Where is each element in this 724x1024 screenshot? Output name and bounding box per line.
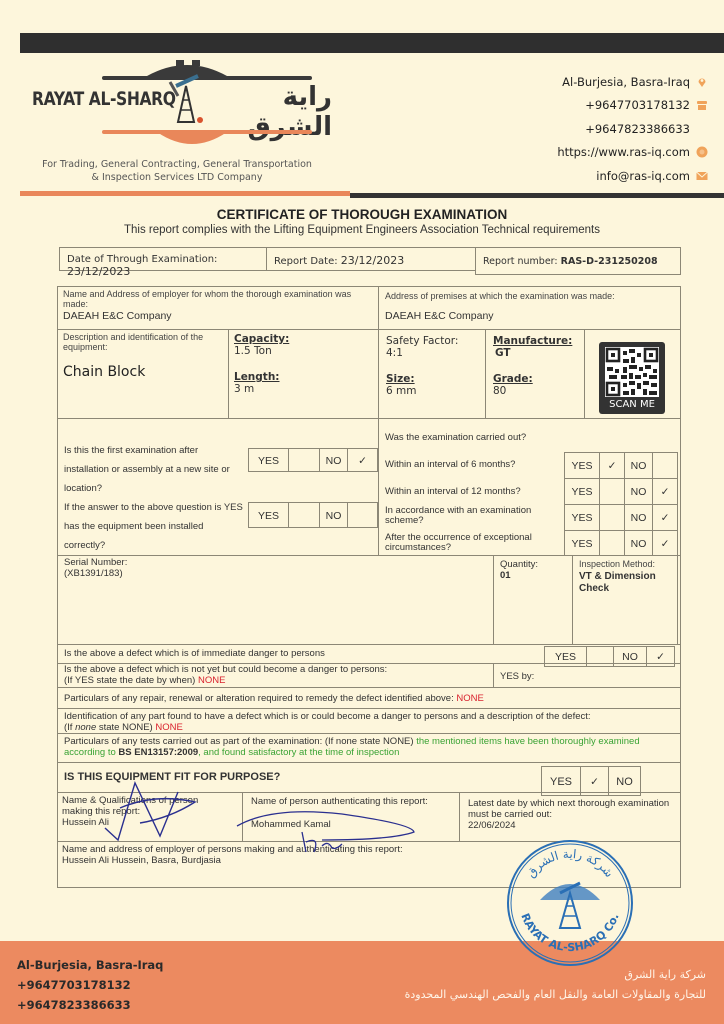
contact-address-text: Al-Burjesia, Basra-Iraq xyxy=(562,75,690,89)
report-maker-cell: Name & Qualifications of person making t… xyxy=(57,792,243,842)
contact-address: Al-Burjesia, Basra-Iraq xyxy=(557,70,708,94)
q6m-yes-box[interactable]: YES xyxy=(564,452,600,479)
oil-derrick-icon xyxy=(166,72,206,130)
contact-phone-2[interactable]: +9647823386633 xyxy=(557,117,708,141)
serial-number-value: (XB1391/183) xyxy=(64,568,487,579)
contact-phone-1-text[interactable]: +9647703178132 xyxy=(585,98,690,112)
equipment-description-value: Chain Block xyxy=(63,364,223,380)
logo-line-dark xyxy=(102,76,312,80)
q2-yes-box[interactable]: YES xyxy=(248,502,289,528)
employer-cell: Name and Address of employer for whom th… xyxy=(57,286,379,330)
contact-website[interactable]: https://www.ras-iq.com xyxy=(557,141,708,165)
next-exam-label: Latest date by which next thorough exami… xyxy=(468,798,672,820)
authenticator-name: Mohammed Kamal xyxy=(251,819,451,830)
q1-yes-box[interactable]: YES xyxy=(248,448,289,472)
future-danger-cell: Is the above a defect which is not yet b… xyxy=(57,663,494,688)
exam-date-cell: Date of Through Examination: 23/12/2023 xyxy=(59,247,267,271)
question-12-months: Within an interval of 12 months? xyxy=(385,486,521,497)
tests-value-2: , and found satisfactory at the time of … xyxy=(198,747,399,758)
tests-label: Particulars of any tests carried out as … xyxy=(64,736,414,747)
question-installed-correctly: If the answer to the above question is Y… xyxy=(64,498,244,555)
certificate-title: CERTIFICATE OF THOROUGH EXAMINATION xyxy=(0,207,724,222)
contact-block: Al-Burjesia, Basra-Iraq +9647703178132 +… xyxy=(557,70,708,188)
report-date-label: Report Date: xyxy=(274,256,338,267)
footer-address: Al-Burjesia, Basra-Iraq xyxy=(17,955,163,975)
size-label: Size: xyxy=(386,373,478,385)
footer-contacts: Al-Burjesia, Basra-Iraq +9647703178132 +… xyxy=(17,955,163,1015)
grade-label: Grade: xyxy=(493,373,577,385)
globe-icon xyxy=(696,146,708,158)
q1-yes-check[interactable] xyxy=(288,448,320,472)
yes-by-label: YES by: xyxy=(500,671,534,682)
qr-caption: SCAN ME xyxy=(599,399,665,410)
serial-number-label: Serial Number: xyxy=(64,557,487,568)
report-number-cell: Report number: RAS-D-231250208 xyxy=(475,247,681,275)
report-number-value: RAS-D-231250208 xyxy=(561,256,658,267)
capacity-value: 1.5 Ton xyxy=(234,345,373,357)
scheme-yes-check[interactable] xyxy=(599,504,625,531)
q12m-no-box[interactable]: NO xyxy=(624,478,653,505)
future-danger-label: Is the above a defect which is not yet b… xyxy=(64,664,487,675)
tagline-line-2: & Inspection Services LTD Company xyxy=(32,171,322,184)
tagline-line-1: For Trading, General Contracting, Genera… xyxy=(32,158,322,171)
q1-no-box[interactable]: NO xyxy=(319,448,348,472)
authenticator-cell: Name of person authenticating this repor… xyxy=(242,792,460,842)
capacity-label: Capacity: xyxy=(234,333,373,345)
future-danger-value: NONE xyxy=(198,675,225,686)
exam-date-label: Date of Through Examination: xyxy=(67,254,217,265)
spacer xyxy=(696,123,708,135)
exceptional-no-box[interactable]: NO xyxy=(624,530,653,556)
company-stamp: شركة راية الشرق RAYAT AL-SHARQ Co. xyxy=(505,838,635,968)
qr-code-icon xyxy=(605,347,659,397)
quantity-value: 01 xyxy=(500,570,566,581)
quantity-label: Quantity: xyxy=(500,559,566,570)
footer-phone-1[interactable]: +9647703178132 xyxy=(17,975,163,995)
footer-phone-2[interactable]: +9647823386633 xyxy=(17,995,163,1015)
q2-yes-check[interactable] xyxy=(288,502,320,528)
safety-factor-value: 4:1 xyxy=(386,347,478,359)
question-exceptional-circumstances: After the occurrence of exceptional circ… xyxy=(385,533,555,553)
contact-phone-1[interactable]: +9647703178132 xyxy=(557,94,708,118)
premises-cell: Address of premises at which the examina… xyxy=(378,286,681,330)
q2-no-box[interactable]: NO xyxy=(319,502,348,528)
authenticator-label: Name of person authenticating this repor… xyxy=(251,796,451,807)
report-maker-name: Hussein Ali xyxy=(62,817,238,828)
contact-email-link[interactable]: info@ras-iq.com xyxy=(596,169,690,183)
q6m-no-box[interactable]: NO xyxy=(624,452,653,479)
exceptional-no-check[interactable]: ✓ xyxy=(652,530,678,556)
report-number-label: Report number: xyxy=(483,256,558,267)
exam-date-value: 23/12/2023 xyxy=(67,265,130,278)
question-first-examination: Is this the first examination after inst… xyxy=(64,441,244,498)
examination-carried-out-heading: Was the examination carried out? xyxy=(385,432,526,443)
exceptional-yes-check[interactable] xyxy=(599,530,625,556)
contact-email[interactable]: info@ras-iq.com xyxy=(557,164,708,188)
q12m-no-check[interactable]: ✓ xyxy=(652,478,678,505)
q6m-yes-check[interactable]: ✓ xyxy=(599,452,625,479)
scheme-no-box[interactable]: NO xyxy=(624,504,653,531)
ident-sub-italic: none xyxy=(75,722,96,733)
safety-factor-label: Safety Factor: xyxy=(386,335,478,347)
equipment-description-cell: Description and identification of the eq… xyxy=(57,329,229,419)
q1-no-check[interactable]: ✓ xyxy=(347,448,378,472)
capacity-length-cell: Capacity: 1.5 Ton Length: 3 m xyxy=(228,329,379,419)
inspection-method-label: Inspection Method: xyxy=(579,559,671,569)
repair-row: Particulars of any repair, renewal or al… xyxy=(57,687,681,709)
yes-by-cell: YES by: xyxy=(493,663,681,688)
ident-sub-pre: (If xyxy=(64,722,75,733)
question-examination-scheme: In accordance with an examination scheme… xyxy=(385,506,555,526)
size-value: 6 mm xyxy=(386,385,478,397)
manufacture-label: Manufacture: xyxy=(493,335,577,347)
header-divider-dark xyxy=(350,193,724,198)
inspection-method-value: VT & Dimension Check xyxy=(579,571,671,595)
footer-arabic-line-2: للتجارة والمقاولات العامة والنقل العام و… xyxy=(405,985,706,1005)
fit-for-purpose-label: IS THIS EQUIPMENT FIT FOR PURPOSE? xyxy=(64,771,280,783)
next-exam-date: 22/06/2024 xyxy=(468,820,672,831)
defect-identification-value: NONE xyxy=(155,722,182,733)
manufacture-value: GT xyxy=(495,347,577,359)
contact-website-link[interactable]: https://www.ras-iq.com xyxy=(557,145,690,159)
exceptional-yes-box[interactable]: YES xyxy=(564,530,600,556)
qr-code[interactable]: SCAN ME xyxy=(599,342,665,414)
next-exam-cell: Latest date by which next thorough exami… xyxy=(459,792,681,842)
q2-no-check[interactable] xyxy=(347,502,378,528)
tests-row: Particulars of any tests carried out as … xyxy=(57,733,681,763)
report-date-cell: Report Date: 23/12/2023 xyxy=(266,247,476,271)
location-pin-icon xyxy=(696,76,708,88)
q12m-yes-box[interactable]: YES xyxy=(564,478,600,505)
employer-value: DAEAH E&C Company xyxy=(63,310,373,322)
company-tagline: For Trading, General Contracting, Genera… xyxy=(32,158,322,184)
length-label: Length: xyxy=(234,371,373,383)
ident-sub-post: state NONE) xyxy=(96,722,153,733)
footer-arabic-line-1: شركة راية الشرق xyxy=(405,965,706,985)
serial-number-cell: Serial Number: (XB1391/183) xyxy=(57,555,494,645)
scheme-no-check[interactable]: ✓ xyxy=(652,504,678,531)
equipment-description-label: Description and identification of the eq… xyxy=(63,332,223,352)
header-divider-orange xyxy=(20,191,350,196)
gear-bottom-icon xyxy=(152,132,232,148)
svg-text:شركة راية الشرق: شركة راية الشرق xyxy=(524,847,617,880)
q6m-no-check[interactable] xyxy=(652,452,678,479)
defect-identification-label: Identification of any part found to have… xyxy=(64,711,674,722)
phone-icon xyxy=(696,99,708,111)
future-danger-sub: (If YES state the date by when) xyxy=(64,675,195,686)
certificate-subtitle: This report complies with the Lifting Eq… xyxy=(0,224,724,236)
header-dark-bar xyxy=(20,33,724,53)
report-date-value: 23/12/2023 xyxy=(341,254,404,267)
manufacture-grade-cell: Manufacture: GT Grade: 80 xyxy=(485,329,585,419)
length-value: 3 m xyxy=(234,383,373,395)
inspection-method-cell: Inspection Method: VT & Dimension Check xyxy=(572,555,678,645)
qr-cell: SCAN ME xyxy=(584,329,681,419)
immediate-danger-label: Is the above a defect which is of immedi… xyxy=(64,648,325,659)
logo-text-en: RAYAT AL-SHARQ xyxy=(32,88,176,110)
employer-label: Name and Address of employer for whom th… xyxy=(63,289,373,309)
svg-text:RAYAT AL-SHARQ Co.: RAYAT AL-SHARQ Co. xyxy=(518,911,621,954)
repair-label: Particulars of any repair, renewal or al… xyxy=(64,693,454,704)
q12m-yes-check[interactable] xyxy=(599,478,625,505)
mail-icon xyxy=(696,170,708,182)
footer-arabic: شركة راية الشرق للتجارة والمقاولات العام… xyxy=(405,965,706,1005)
premises-value: DAEAH E&C Company xyxy=(385,310,674,322)
grade-value: 80 xyxy=(493,385,577,397)
scheme-yes-box[interactable]: YES xyxy=(564,504,600,531)
contact-phone-2-text[interactable]: +9647823386633 xyxy=(585,122,690,136)
safety-size-cell: Safety Factor: 4:1 Size: 6 mm xyxy=(378,329,486,419)
defect-identification-row: Identification of any part found to have… xyxy=(57,708,681,734)
repair-value: NONE xyxy=(456,693,483,704)
premises-label: Address of premises at which the examina… xyxy=(385,291,674,301)
tests-standard: BS EN13157:2009 xyxy=(118,747,198,758)
quantity-cell: Quantity: 01 xyxy=(493,555,573,645)
question-6-months: Within an interval of 6 months? xyxy=(385,459,515,470)
report-maker-label: Name & Qualifications of person making t… xyxy=(62,795,222,817)
